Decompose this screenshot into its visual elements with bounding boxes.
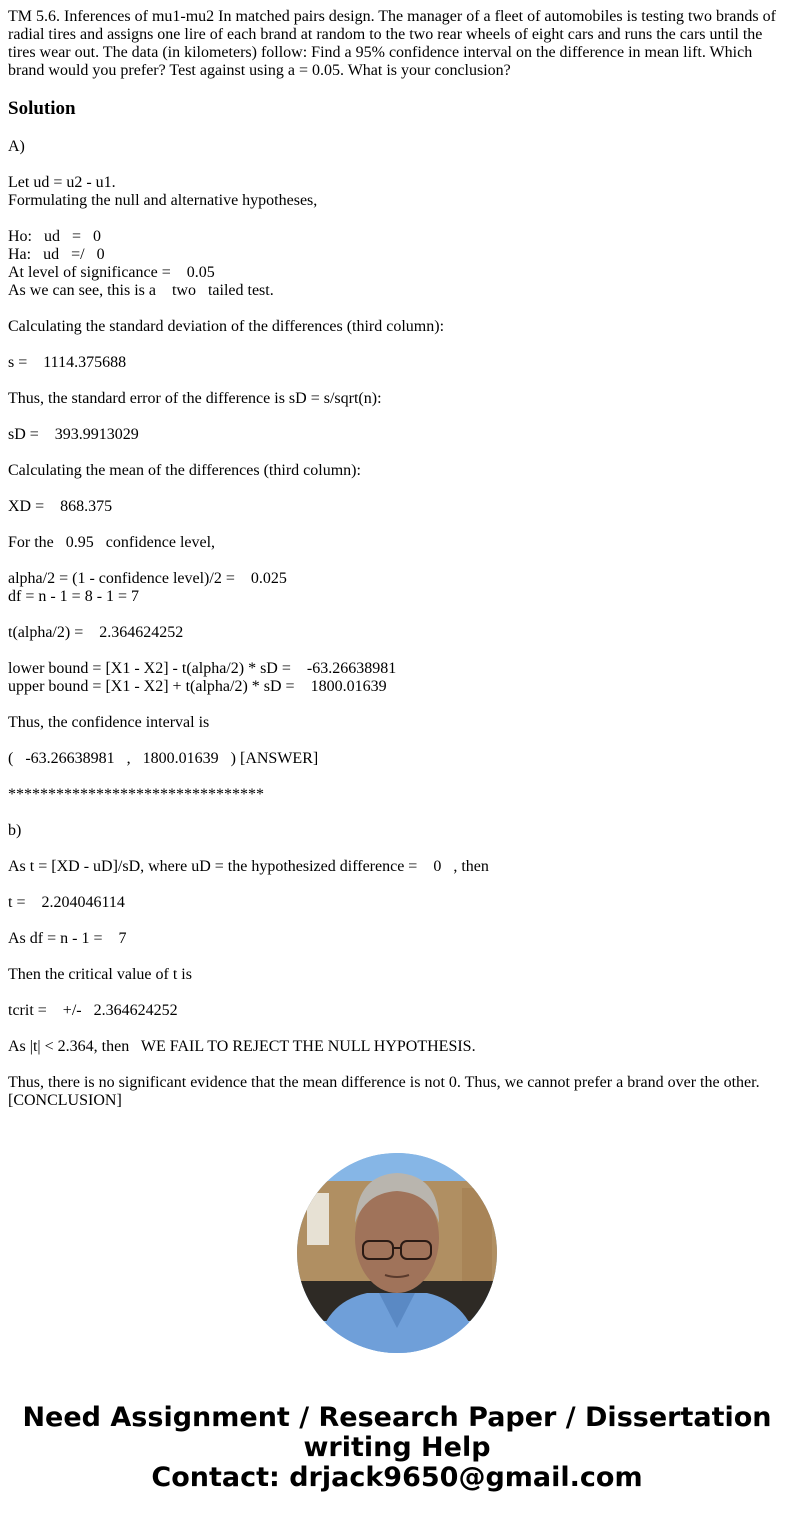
part-a-label: A) <box>8 138 786 156</box>
formulating-line: Formulating the null and alternative hyp… <box>8 192 786 210</box>
se-intro: Thus, the standard error of the differen… <box>8 390 786 408</box>
question-text: TM 5.6. Inferences of mu1-mu2 In matched… <box>8 8 786 80</box>
promo-contact: Contact: drjack9650@gmail.com <box>0 1463 794 1493</box>
promo-line-2: writing Help <box>0 1433 794 1463</box>
t-alpha-line: t(alpha/2) = 2.364624252 <box>8 624 786 642</box>
conclusion-tag: [CONCLUSION] <box>8 1092 786 1110</box>
sd-value: sD = 393.9913029 <box>8 426 786 444</box>
s-value: s = 1114.375688 <box>8 354 786 372</box>
alpha-half-line: alpha/2 = (1 - confidence level)/2 = 0.0… <box>8 570 786 588</box>
null-hypothesis: Ho: ud = 0 <box>8 228 786 246</box>
solution-heading: Solution <box>8 98 786 120</box>
author-avatar <box>297 1153 497 1353</box>
df-line: df = n - 1 = 8 - 1 = 7 <box>8 588 786 606</box>
ci-answer: ( -63.26638981 , 1800.01639 ) [ANSWER] <box>8 750 786 768</box>
t-value-line: t = 2.204046114 <box>8 894 786 912</box>
promo-line-1: Need Assignment / Research Paper / Disse… <box>0 1403 794 1433</box>
part-b-label: b) <box>8 822 786 840</box>
t-formula-line: As t = [XD - uD]/sD, where uD = the hypo… <box>8 858 786 876</box>
separator: ******************************** <box>8 786 786 804</box>
critical-intro: Then the critical value of t is <box>8 966 786 984</box>
let-line: Let ud = u2 - u1. <box>8 174 786 192</box>
lower-bound-line: lower bound = [X1 - X2] - t(alpha/2) * s… <box>8 660 786 678</box>
tail-test-line: As we can see, this is a two tailed test… <box>8 282 786 300</box>
sd-intro: Calculating the standard deviation of th… <box>8 318 786 336</box>
confidence-level-line: For the 0.95 confidence level, <box>8 534 786 552</box>
mean-intro: Calculating the mean of the differences … <box>8 462 786 480</box>
ci-intro: Thus, the confidence interval is <box>8 714 786 732</box>
tcrit-line: tcrit = +/- 2.364624252 <box>8 1002 786 1020</box>
xd-value: XD = 868.375 <box>8 498 786 516</box>
significance-level: At level of significance = 0.05 <box>8 264 786 282</box>
solution-document: TM 5.6. Inferences of mu1-mu2 In matched… <box>8 8 786 1110</box>
df-b-line: As df = n - 1 = 7 <box>8 930 786 948</box>
alt-hypothesis: Ha: ud =/ 0 <box>8 246 786 264</box>
upper-bound-line: upper bound = [X1 - X2] + t(alpha/2) * s… <box>8 678 786 696</box>
decision-line: As |t| < 2.364, then WE FAIL TO REJECT T… <box>8 1038 786 1056</box>
promo-banner: Need Assignment / Research Paper / Disse… <box>0 1403 794 1493</box>
conclusion-line: Thus, there is no significant evidence t… <box>8 1074 786 1092</box>
person-portrait-icon <box>297 1153 497 1353</box>
